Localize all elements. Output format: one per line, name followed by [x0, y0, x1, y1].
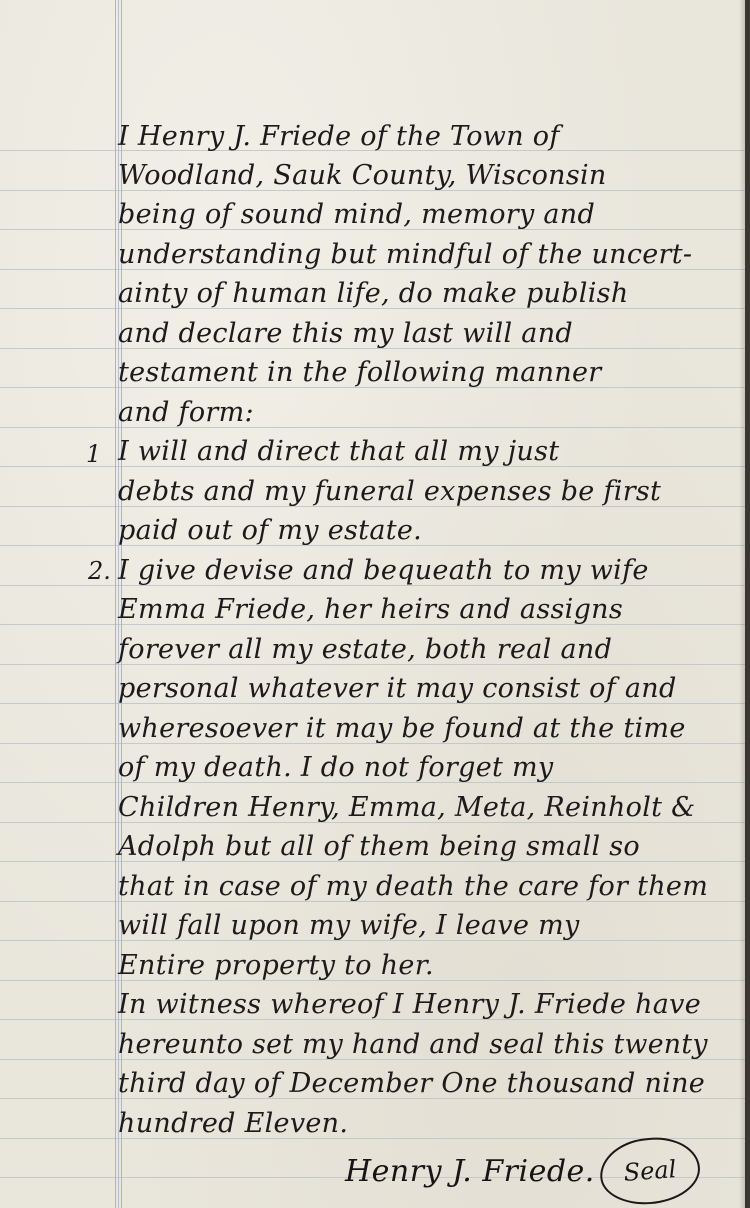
- text-line: and form:: [118, 398, 254, 428]
- text-line: debts and my funeral expenses be first: [118, 477, 661, 507]
- text-line: hundred Eleven.: [118, 1109, 348, 1139]
- text-line: Emma Friede, her heirs and assigns: [118, 595, 623, 625]
- text-line: I will and direct that all my just: [118, 437, 559, 467]
- text-line: Adolph but all of them being small so: [118, 832, 640, 862]
- text-line: that in case of my death the care for th…: [118, 872, 708, 902]
- text-line: Woodland, Sauk County, Wisconsin: [118, 161, 607, 191]
- text-line: I give devise and bequeath to my wife: [118, 556, 649, 586]
- seal-circle: Seal: [598, 1135, 702, 1208]
- will-text: I Henry J. Friede of the Town of Woodlan…: [0, 0, 745, 1208]
- text-line: will fall upon my wife, I leave my: [118, 911, 580, 941]
- text-line: wheresoever it may be found at the time: [118, 714, 686, 744]
- item-number: 2.: [88, 557, 111, 585]
- text-line: personal whatever it may consist of and: [118, 674, 677, 704]
- text-line: and declare this my last will and: [118, 319, 573, 349]
- text-line: third day of December One thousand nine: [118, 1069, 705, 1099]
- text-line: forever all my estate, both real and: [118, 635, 612, 665]
- text-line: understanding but mindful of the uncert-: [118, 240, 692, 270]
- seal-label: Seal: [623, 1155, 677, 1187]
- signature: Henry J. Friede.: [345, 1154, 595, 1189]
- text-line: I Henry J. Friede of the Town of: [118, 122, 560, 152]
- text-line: Entire property to her.: [118, 951, 434, 981]
- text-line: testament in the following manner: [118, 358, 601, 388]
- will-page: I Henry J. Friede of the Town of Woodlan…: [0, 0, 745, 1208]
- text-line: Children Henry, Emma, Meta, Reinholt &: [118, 793, 696, 823]
- item-number: 1: [86, 440, 101, 468]
- text-line: paid out of my estate.: [118, 516, 422, 546]
- text-line: being of sound mind, memory and: [118, 200, 595, 230]
- text-line: hereunto set my hand and seal this twent…: [118, 1030, 708, 1060]
- text-line: ainty of human life, do make publish: [118, 279, 629, 309]
- text-line: of my death. I do not forget my: [118, 753, 554, 783]
- text-line: In witness whereof I Henry J. Friede hav…: [118, 990, 701, 1020]
